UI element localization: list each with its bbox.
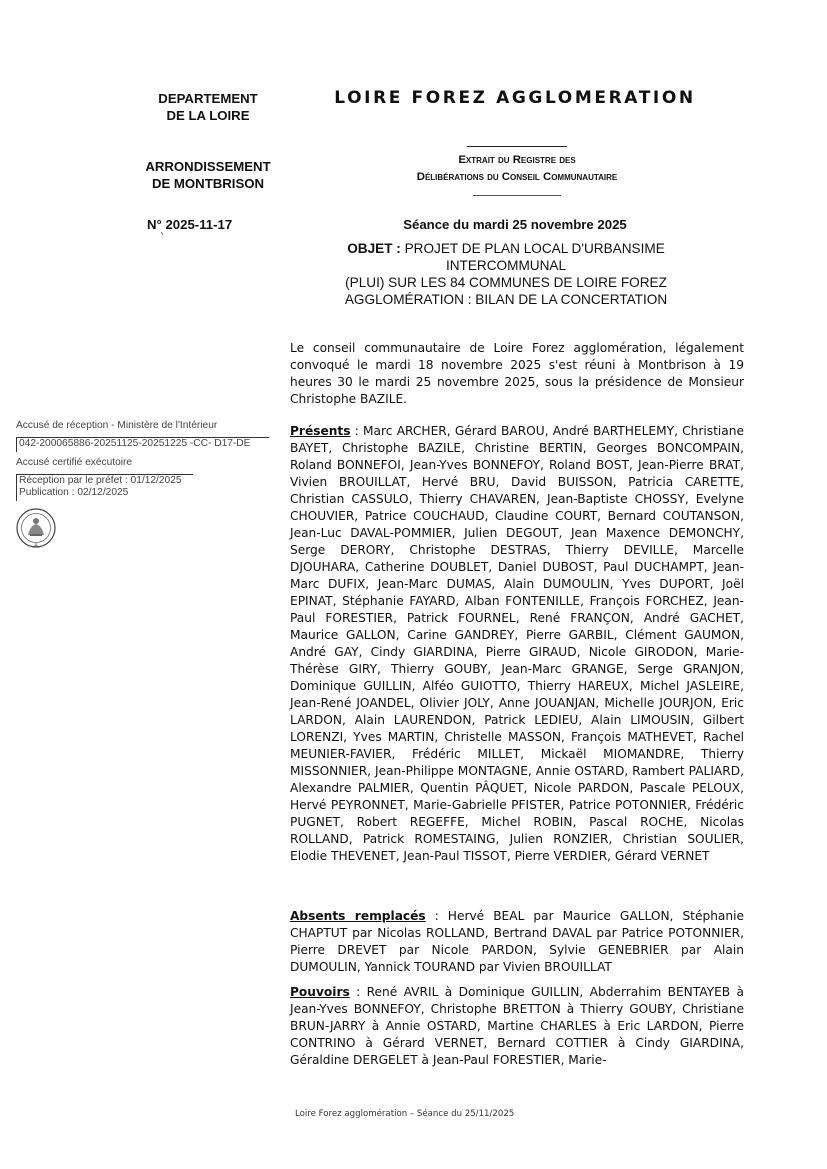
intro-text: Le conseil communautaire de Loire Forez … [290,340,744,408]
absent-sep: : [426,909,448,923]
divider-bottom [473,195,561,196]
register-line-2: Délibérations du Conseil Communautaire [340,169,694,186]
department-line-2: DE LA LOIRE [138,107,278,124]
divider-top [467,146,567,147]
certified-label: Accusé certifié exécutoire [16,457,132,469]
organization-title: LOIRE FOREZ AGGLOMERATION [300,88,730,108]
arrondissement-line-2: DE MONTBRISON [138,175,278,192]
republic-seal-icon [16,508,56,548]
present-sep: : [351,424,364,438]
arrondissement-line-1: ARRONDISSEMENT [138,158,278,175]
certification-box: Réception par le préfet : 01/12/2025 Pub… [16,474,193,501]
stray-mark: ` [160,231,166,244]
present-label: Présents [290,424,351,438]
receipt-id-box: 042-200065886-20251125-20251225 -CC- D17… [16,437,269,452]
department-label: DEPARTEMENT DE LA LOIRE [138,90,278,124]
powers-label: Pouvoirs [290,985,350,999]
intro-paragraph: Le conseil communautaire de Loire Forez … [290,340,744,408]
receipt-id: 042-200065886-20251125-20251225 -CC- D17… [19,438,250,449]
prefect-reception: Réception par le préfet : 01/12/2025 [19,475,193,487]
arrondissement-label: ARRONDISSEMENT DE MONTBRISON [138,158,278,192]
deliberation-object: OBJET : PROJET DE PLAN LOCAL D'URBANSIME… [288,240,724,308]
absent-section: Absents remplacés : Hervé BEAL par Mauri… [290,908,744,976]
publication-date: Publication : 02/12/2025 [19,487,193,499]
object-label: OBJET : [347,241,401,256]
receipt-title: Accusé de réception - Ministère de l'Int… [16,420,217,432]
register-title: Extrait du Registre des Délibérations du… [340,152,694,186]
present-list: Marc ARCHER, Gérard BAROU, André BARTHEL… [290,424,744,863]
powers-section: Pouvoirs : René AVRIL à Dominique GUILLI… [290,984,744,1069]
powers-sep: : [350,985,367,999]
present-section: Présents : Marc ARCHER, Gérard BAROU, An… [290,423,744,865]
page-footer: Loire Forez agglomération – Séance du 25… [295,1109,514,1119]
object-text-2: (PLUI) SUR LES 84 COMMUNES DE LOIRE FORE… [288,274,724,291]
register-line-1: Extrait du Registre des [340,152,694,169]
department-line-1: DEPARTEMENT [138,90,278,107]
absent-label: Absents remplacés [290,909,426,923]
deliberation-number: N° 2025-11-17 [147,217,232,232]
session-title: Séance du mardi 25 novembre 2025 [300,217,730,232]
object-text-3: AGGLOMÉRATION : BILAN DE LA CONCERTATION [288,291,724,308]
object-text-1: PROJET DE PLAN LOCAL D'URBANSIME INTERCO… [401,241,665,273]
